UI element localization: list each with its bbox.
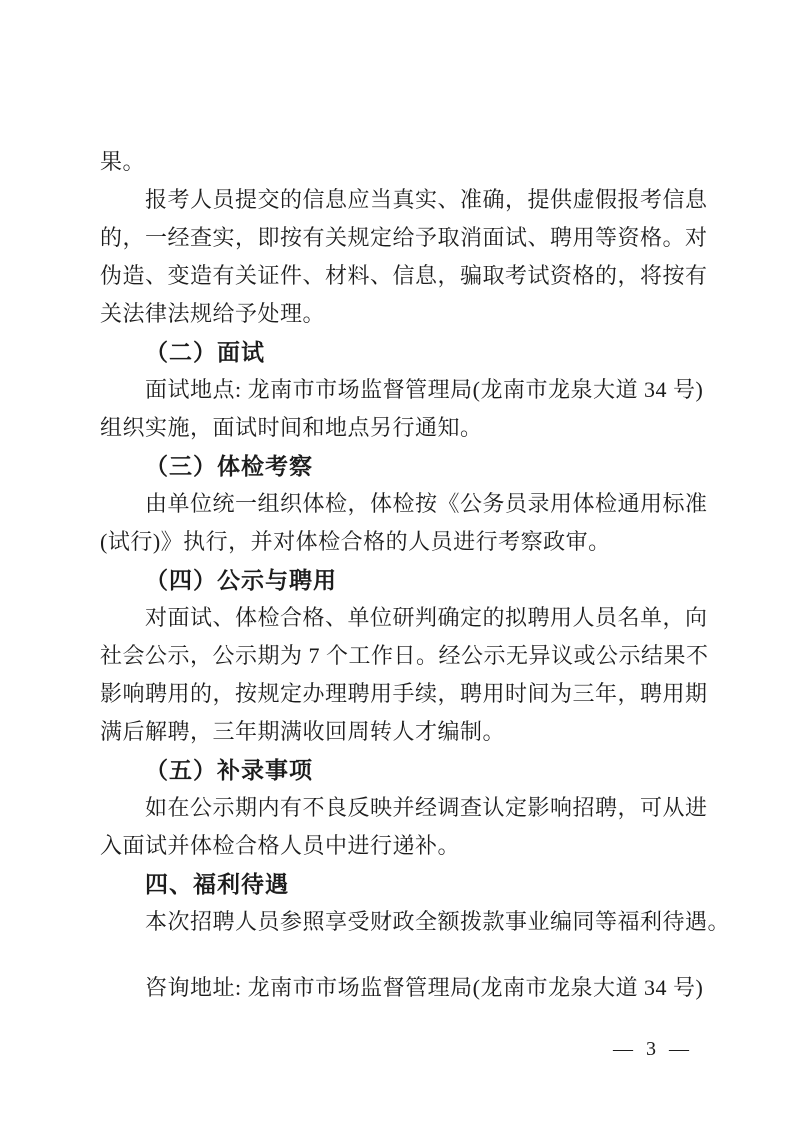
section-heading: （四）公示与聘用 <box>100 561 696 599</box>
text-line: 满后解聘，三年期满收回周转人才编制。 <box>100 713 696 751</box>
text-line: 影响聘用的，按规定办理聘用手续，聘用时间为三年，聘用期 <box>100 675 696 713</box>
text-line: 果。 <box>100 143 696 181</box>
text-line: 的，一经查实，即按有关规定给予取消面试、聘用等资格。对 <box>100 219 696 257</box>
text-line: 对面试、体检合格、单位研判确定的拟聘用人员名单，向 <box>100 599 696 637</box>
text-line: 本次招聘人员参照享受财政全额拨款事业编同等福利待遇。 <box>100 903 696 941</box>
text-line: 咨询地址: 龙南市市场监督管理局(龙南市龙泉大道 34 号) <box>100 969 696 1007</box>
text-line: (试行)》执行，并对体检合格的人员进行考察政审。 <box>100 523 696 561</box>
text-line: 入面试并体检合格人员中进行递补。 <box>100 827 696 865</box>
text-lines: 果。报考人员提交的信息应当真实、准确，提供虚假报考信息的，一经查实，即按有关规定… <box>100 143 696 1007</box>
section-heading: 四、福利待遇 <box>100 865 696 903</box>
text-line: 报考人员提交的信息应当真实、准确，提供虚假报考信息 <box>100 181 696 219</box>
text-line: 组织实施，面试时间和地点另行通知。 <box>100 409 696 447</box>
text-line: 社会公示，公示期为 7 个工作日。经公示无异议或公示结果不 <box>100 637 696 675</box>
section-heading: （三）体检考察 <box>100 447 696 485</box>
text-line: 面试地点: 龙南市市场监督管理局(龙南市龙泉大道 34 号) <box>100 371 696 409</box>
text-line: 如在公示期内有不良反映并经调查认定影响招聘，可从进 <box>100 789 696 827</box>
text-line: 由单位统一组织体检，体检按《公务员录用体检通用标准 <box>100 485 696 523</box>
text-line: 关法律法规给予处理。 <box>100 295 696 333</box>
section-heading: （五）补录事项 <box>100 751 696 789</box>
text-line: 伪造、变造有关证件、材料、信息，骗取考试资格的，将按有 <box>100 257 696 295</box>
blank-line <box>100 941 696 969</box>
document-page: 果。报考人员提交的信息应当真实、准确，提供虚假报考信息的，一经查实，即按有关规定… <box>0 0 793 1122</box>
section-heading: （二）面试 <box>100 333 696 371</box>
page-number: — 3 — <box>613 1038 693 1061</box>
